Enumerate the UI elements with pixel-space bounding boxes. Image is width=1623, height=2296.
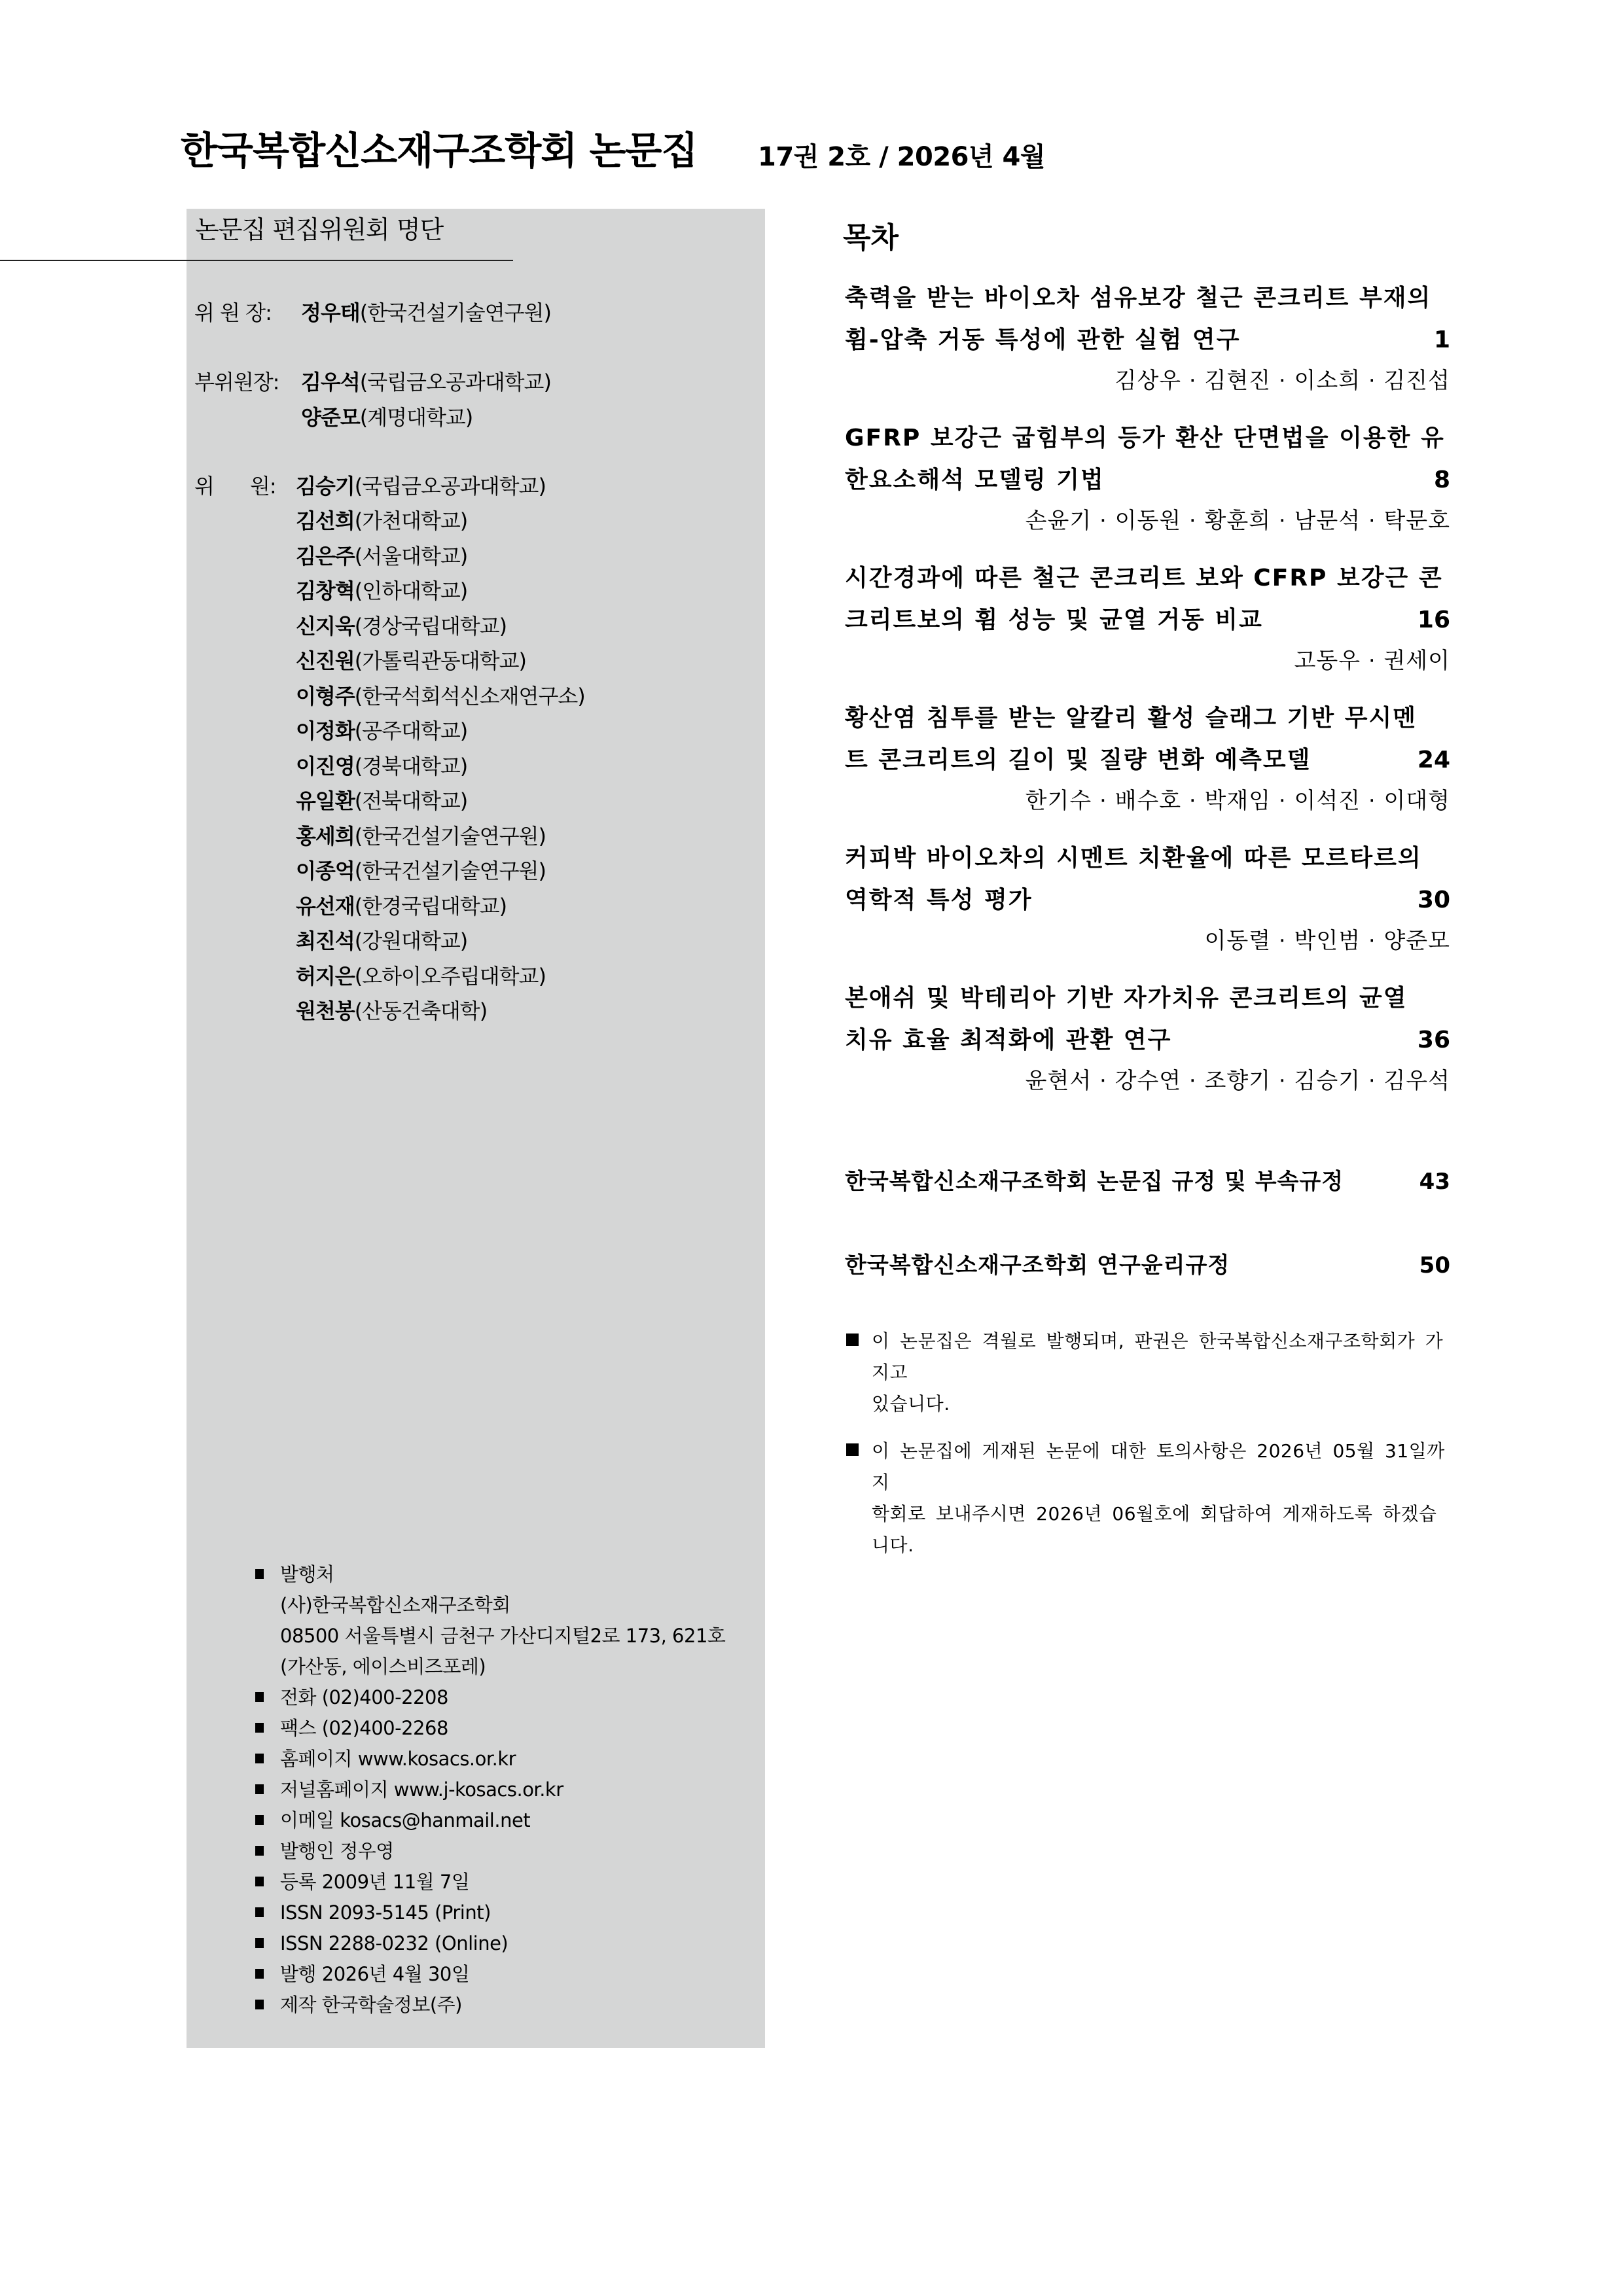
publisher-address: 08500 서울특별시 금천구 가산디지털2로 173, 621호 xyxy=(254,1624,725,1655)
article-title-line: 크리트보의 휨 성능 및 균열 거동 비교16 xyxy=(845,605,1450,646)
member-name: 홍세희 xyxy=(296,824,355,849)
member-name: 이종억 xyxy=(296,858,355,883)
toc-title: 목차 xyxy=(843,219,899,258)
committee-member: 신지욱(경상국립대학교) xyxy=(296,613,507,639)
square-bullet-icon xyxy=(255,1877,264,1886)
member-name: 이진영 xyxy=(296,754,355,779)
toc-article[interactable]: 시간경과에 따른 철근 콘크리트 보와 CFRP 보강근 콘 크리트보의 휨 성… xyxy=(845,563,1450,688)
square-bullet-icon xyxy=(255,1907,264,1917)
publisher-issn-online: ISSN 2288-0232 (Online) xyxy=(254,1932,725,1962)
member-name: 최진석 xyxy=(296,928,355,953)
committee-heading: 논문집 편집위원회 명단 xyxy=(195,213,443,246)
publisher-info: 발행처 (사)한국복합신소재구조학회 08500 서울특별시 금천구 가산디지털… xyxy=(254,1563,725,2024)
member-name: 이형주 xyxy=(296,684,355,709)
member-affiliation: (가천대학교) xyxy=(355,508,468,533)
article-title-line: GFRP 보강근 굽힘부의 등가 환산 단면법을 이용한 유 xyxy=(845,423,1450,465)
member-label: 위 원: xyxy=(194,473,276,499)
square-bullet-icon xyxy=(255,1815,264,1825)
article-title-line: 한요소해석 모델링 기법8 xyxy=(845,465,1450,506)
square-bullet-icon xyxy=(255,1938,264,1948)
member-affiliation: (강원대학교) xyxy=(355,928,468,953)
member-name: 김선희 xyxy=(296,508,355,533)
member-affiliation: (한경국립대학교) xyxy=(355,894,507,919)
member-affiliation: (가톨릭관동대학교) xyxy=(355,648,526,673)
committee-member: 김창혁(인하대학교) xyxy=(296,578,467,604)
publisher-issn-print: ISSN 2093-5145 (Print) xyxy=(254,1901,725,1932)
committee-member: 김은주(서울대학교) xyxy=(296,543,467,569)
member-affiliation: (산동건축대학) xyxy=(355,998,487,1023)
publisher-email: 이메일 kosacs@hanmail.net xyxy=(254,1809,725,1839)
member-name: 이정화 xyxy=(296,718,355,743)
committee-member: 원천봉(산동건축대학) xyxy=(296,998,487,1024)
publisher-issue-date: 발행 2026년 4월 30일 xyxy=(254,1962,725,1993)
square-bullet-icon xyxy=(255,1846,264,1856)
committee-member: 홍세희(한국건설기술연구원) xyxy=(296,823,546,849)
committee-member: 김승기(국립금오공과대학교) xyxy=(296,473,546,499)
member-name: 원천봉 xyxy=(296,998,355,1023)
article-title-line: 축력을 받는 바이오차 섬유보강 철근 콘크리트 부재의 xyxy=(845,283,1450,325)
article-authors: 김상우 · 김현진 · 이소희 · 김진섭 xyxy=(845,366,1450,408)
article-authors: 윤현서 · 강수연 · 조향기 · 김승기 · 김우석 xyxy=(845,1067,1450,1108)
article-title-line: 역학적 특성 평가30 xyxy=(845,885,1450,927)
publisher-homepage: 홈페이지 www.kosacs.or.kr xyxy=(254,1747,725,1778)
article-title-line: 황산염 침투를 받는 알칼리 활성 슬래그 기반 무시멘 xyxy=(845,703,1450,745)
publisher-journal-homepage: 저널홈페이지 www.j-kosacs.or.kr xyxy=(254,1778,725,1809)
publisher-production: 제작 한국학술정보(주) xyxy=(254,1993,725,2024)
article-authors: 한기수 · 배수호 · 박재임 · 이석진 · 이대형 xyxy=(845,786,1450,828)
square-bullet-icon xyxy=(255,2000,264,2009)
article-authors: 고동우 · 권세이 xyxy=(845,646,1450,688)
committee-member: 유일환(전북대학교) xyxy=(296,788,467,814)
square-bullet-icon xyxy=(846,1333,859,1346)
toc-article[interactable]: 본애쉬 및 박테리아 기반 자가치유 콘크리트의 균열 치유 효율 최적화에 관… xyxy=(845,983,1450,1108)
member-name: 김은주 xyxy=(296,544,355,569)
toc-regulation[interactable]: 한국복합신소재구조학회 논문집 규정 및 부속규정43 xyxy=(845,1166,1450,1205)
committee-member: 유선재(한경국립대학교) xyxy=(296,893,507,919)
member-name: 유일환 xyxy=(296,788,355,813)
member-affiliation: (계명대학교) xyxy=(360,405,473,430)
member-name: 신지욱 xyxy=(296,614,355,639)
chair-label: 위 원 장: xyxy=(194,300,272,326)
member-name: 양준모 xyxy=(301,405,360,430)
toc-article[interactable]: 축력을 받는 바이오차 섬유보강 철근 콘크리트 부재의 휨-압축 거동 특성에… xyxy=(845,283,1450,408)
member-affiliation: (한국건설기술연구원) xyxy=(355,858,546,883)
square-bullet-icon xyxy=(255,1969,264,1979)
committee-member: 이진영(경북대학교) xyxy=(296,753,467,779)
member-name: 정우태 xyxy=(301,300,360,325)
vice-chair-label: 부위원장: xyxy=(194,369,279,395)
page-number: 30 xyxy=(1418,885,1450,916)
toc-article[interactable]: GFRP 보강근 굽힘부의 등가 환산 단면법을 이용한 유 한요소해석 모델링… xyxy=(845,423,1450,548)
committee-member: 허지은(오하이오주립대학교) xyxy=(296,963,546,989)
committee-member: 신진원(가톨릭관동대학교) xyxy=(296,648,526,674)
regulation-title: 한국복합신소재구조학회 논문집 규정 및 부속규정 xyxy=(845,1169,1344,1195)
square-bullet-icon xyxy=(255,1692,264,1702)
article-title-line: 치유 효율 최적화에 관환 연구36 xyxy=(845,1025,1450,1067)
square-bullet-icon xyxy=(255,1784,264,1794)
member-name: 허지은 xyxy=(296,964,355,989)
article-title-line: 본애쉬 및 박테리아 기반 자가치유 콘크리트의 균열 xyxy=(845,983,1450,1025)
publisher-registration: 등록 2009년 11월 7일 xyxy=(254,1870,725,1901)
toc-regulation[interactable]: 한국복합신소재구조학회 연구윤리규정50 xyxy=(845,1250,1450,1289)
member-affiliation: (전북대학교) xyxy=(355,788,468,813)
member-name: 김창혁 xyxy=(296,578,355,603)
member-affiliation: (경상국립대학교) xyxy=(355,614,507,639)
toc-article[interactable]: 황산염 침투를 받는 알칼리 활성 슬래그 기반 무시멘 트 콘크리트의 길이 … xyxy=(845,703,1450,828)
article-title-line: 휨-압축 거동 특성에 관한 실험 연구1 xyxy=(845,325,1450,366)
article-authors: 손윤기 · 이동원 · 황훈희 · 남문석 · 탁문호 xyxy=(845,506,1450,548)
square-bullet-icon xyxy=(255,1723,264,1733)
page-number: 50 xyxy=(1419,1250,1450,1281)
article-title-line: 트 콘크리트의 길이 및 질량 변화 예측모델24 xyxy=(845,745,1450,786)
page-number: 24 xyxy=(1418,745,1450,776)
member-name: 김승기 xyxy=(296,474,355,499)
publisher-line: (사)한국복합신소재구조학회 xyxy=(254,1593,725,1624)
page-number: 8 xyxy=(1434,465,1450,496)
member-affiliation: (공주대학교) xyxy=(355,718,468,743)
member-name: 신진원 xyxy=(296,648,355,673)
chair-member: 정우태(한국건설기술연구원) xyxy=(301,300,551,326)
member-affiliation: (한국건설기술연구원) xyxy=(355,824,546,849)
page-number: 1 xyxy=(1434,325,1450,356)
heading-divider xyxy=(0,260,513,261)
member-affiliation: (국립금오공과대학교) xyxy=(360,370,551,395)
publisher-line: (가산동, 에이스비즈포레) xyxy=(254,1655,725,1686)
vice-chair-member: 김우석(국립금오공과대학교) xyxy=(301,369,551,395)
page-number: 36 xyxy=(1418,1025,1450,1056)
committee-member: 이정화(공주대학교) xyxy=(296,718,467,744)
committee-member: 이형주(한국석회석신소재연구소) xyxy=(296,683,585,709)
member-name: 김우석 xyxy=(301,370,360,395)
article-authors: 이동렬 · 박인범 · 양준모 xyxy=(845,927,1450,968)
committee-member: 이종억(한국건설기술연구원) xyxy=(296,858,546,884)
member-affiliation: (한국석회석신소재연구소) xyxy=(355,684,585,709)
square-bullet-icon xyxy=(255,1569,264,1579)
note-copyright: 이 논문집은 격월로 발행되며, 판권은 한국복합신소재구조학회가 가지고 있습… xyxy=(846,1326,1452,1420)
publisher-phone: 전화 (02)400-2208 xyxy=(254,1686,725,1716)
member-affiliation: (서울대학교) xyxy=(355,544,468,569)
member-affiliation: (인하대학교) xyxy=(355,578,468,603)
page-number: 16 xyxy=(1418,605,1450,636)
regulation-title: 한국복합신소재구조학회 연구윤리규정 xyxy=(845,1252,1230,1279)
article-title-line: 시간경과에 따른 철근 콘크리트 보와 CFRP 보강근 콘 xyxy=(845,563,1450,605)
square-bullet-icon xyxy=(255,1754,264,1763)
journal-title: 한국복합신소재구조학회 논문집 xyxy=(181,124,698,177)
article-title-line: 커피박 바이오차의 시멘트 치환율에 따른 모르타르의 xyxy=(845,843,1450,885)
member-affiliation: (오하이오주립대학교) xyxy=(355,964,546,989)
page-number: 43 xyxy=(1419,1166,1450,1197)
publisher-line: 발행처 xyxy=(254,1563,725,1593)
vice-chair-member: 양준모(계명대학교) xyxy=(301,404,473,431)
publisher-publisher: 발행인 정우영 xyxy=(254,1839,725,1870)
square-bullet-icon xyxy=(846,1443,859,1456)
publisher-fax: 팩스 (02)400-2268 xyxy=(254,1716,725,1747)
member-affiliation: (한국건설기술연구원) xyxy=(360,300,551,325)
committee-member: 최진석(강원대학교) xyxy=(296,928,467,954)
member-name: 유선재 xyxy=(296,894,355,919)
member-affiliation: (경북대학교) xyxy=(355,754,468,779)
issue-info: 17권 2호 / 2026년 4월 xyxy=(758,139,1045,175)
note-discussion: 이 논문집에 게재된 논문에 대한 토의사항은 2026년 05월 31일까지 … xyxy=(846,1436,1452,1561)
toc-article[interactable]: 커피박 바이오차의 시멘트 치환율에 따른 모르타르의 역학적 특성 평가30 … xyxy=(845,843,1450,968)
member-affiliation: (국립금오공과대학교) xyxy=(355,474,546,499)
committee-member: 김선희(가천대학교) xyxy=(296,508,467,534)
